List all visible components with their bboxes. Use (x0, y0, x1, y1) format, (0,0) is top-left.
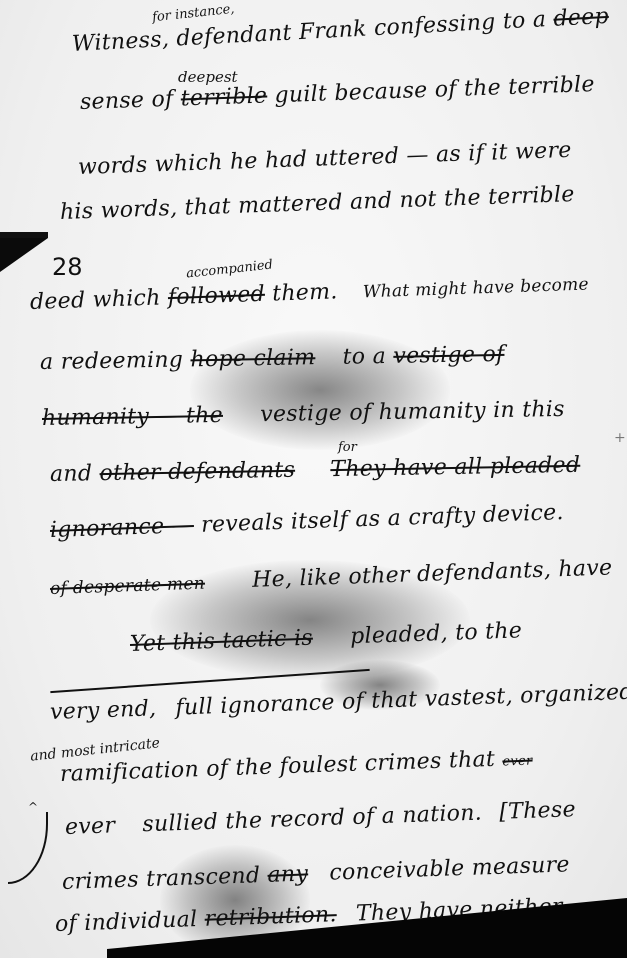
struck-word: humanity — the (42, 403, 223, 431)
text-segment: ever (65, 813, 116, 840)
text-line-7: humanity — the vestige of humanity in th… (42, 397, 565, 431)
struck-word: terrible (180, 83, 267, 111)
text-line-3: words which he had uttered — as if it we… (78, 138, 573, 180)
struck-word: deep (553, 4, 610, 32)
text-segment: vestige of humanity in this (260, 397, 565, 427)
struck-word: ever (502, 754, 533, 770)
struck-word: other defendants (99, 458, 295, 486)
text-line-4: his words, that mattered and not the ter… (60, 182, 575, 225)
insertion-accompanied: accompanied (185, 257, 273, 281)
text-segment: a redeeming (40, 348, 184, 375)
text-line-8: and other defendants They have all plead… (50, 453, 581, 487)
text-segment: What might have become (363, 274, 590, 302)
struck-word: ignorance — (50, 513, 195, 543)
text-segment: sense of (80, 87, 174, 115)
text-line-5: deed which followed them. What might hav… (30, 270, 590, 314)
insertion-for: for (338, 440, 357, 455)
manuscript-page: + for instance, Witness, defendant Frank… (0, 0, 627, 958)
struck-word: followed (168, 282, 266, 310)
text-segment: of individual (55, 907, 198, 937)
struck-word: any (267, 861, 308, 887)
text-segment: to a (342, 344, 386, 370)
struck-word: vestige of (393, 342, 505, 369)
text-segment: very end, (50, 696, 157, 725)
text-segment: guilt because of the terrible (274, 72, 595, 108)
text-line-15: crimes transcend any conceivable measure (62, 852, 571, 895)
scan-shadow-top-left (0, 238, 48, 272)
text-line-9: ignorance — reveals itself as a crafty d… (50, 500, 565, 543)
text-line-2: sense of terrible guilt because of the t… (80, 72, 596, 115)
text-segment: sullied the record of a nation. (142, 800, 482, 837)
text-segment: pleaded, to the (350, 618, 523, 649)
struck-word: of desperate men (50, 574, 206, 599)
insertion-deepest: deepest (178, 68, 238, 86)
struck-word: retribution. (204, 902, 337, 932)
text-segment: [These (499, 797, 576, 825)
text-segment: conceivable measure (329, 852, 570, 885)
text-segment: deed which (30, 285, 162, 315)
margin-bracket (8, 812, 48, 884)
text-segment: his words, that mattered and not the ter… (60, 182, 575, 225)
page-number: 28 (52, 253, 83, 281)
struck-word: They have all pleaded (330, 453, 580, 482)
text-segment: reveals itself as a crafty device. (201, 500, 564, 538)
text-segment: them. (272, 279, 338, 306)
text-segment: and (50, 461, 93, 487)
text-segment: words which he had uttered — as if it we… (78, 138, 573, 180)
text-line-14: ever sullied the record of a nation. [Th… (65, 797, 577, 840)
word-witness: Witness, (71, 27, 169, 57)
scan-speck: + (614, 430, 626, 446)
insertion-for-instance: for instance, (151, 2, 235, 26)
struck-word: hope claim (190, 345, 315, 372)
